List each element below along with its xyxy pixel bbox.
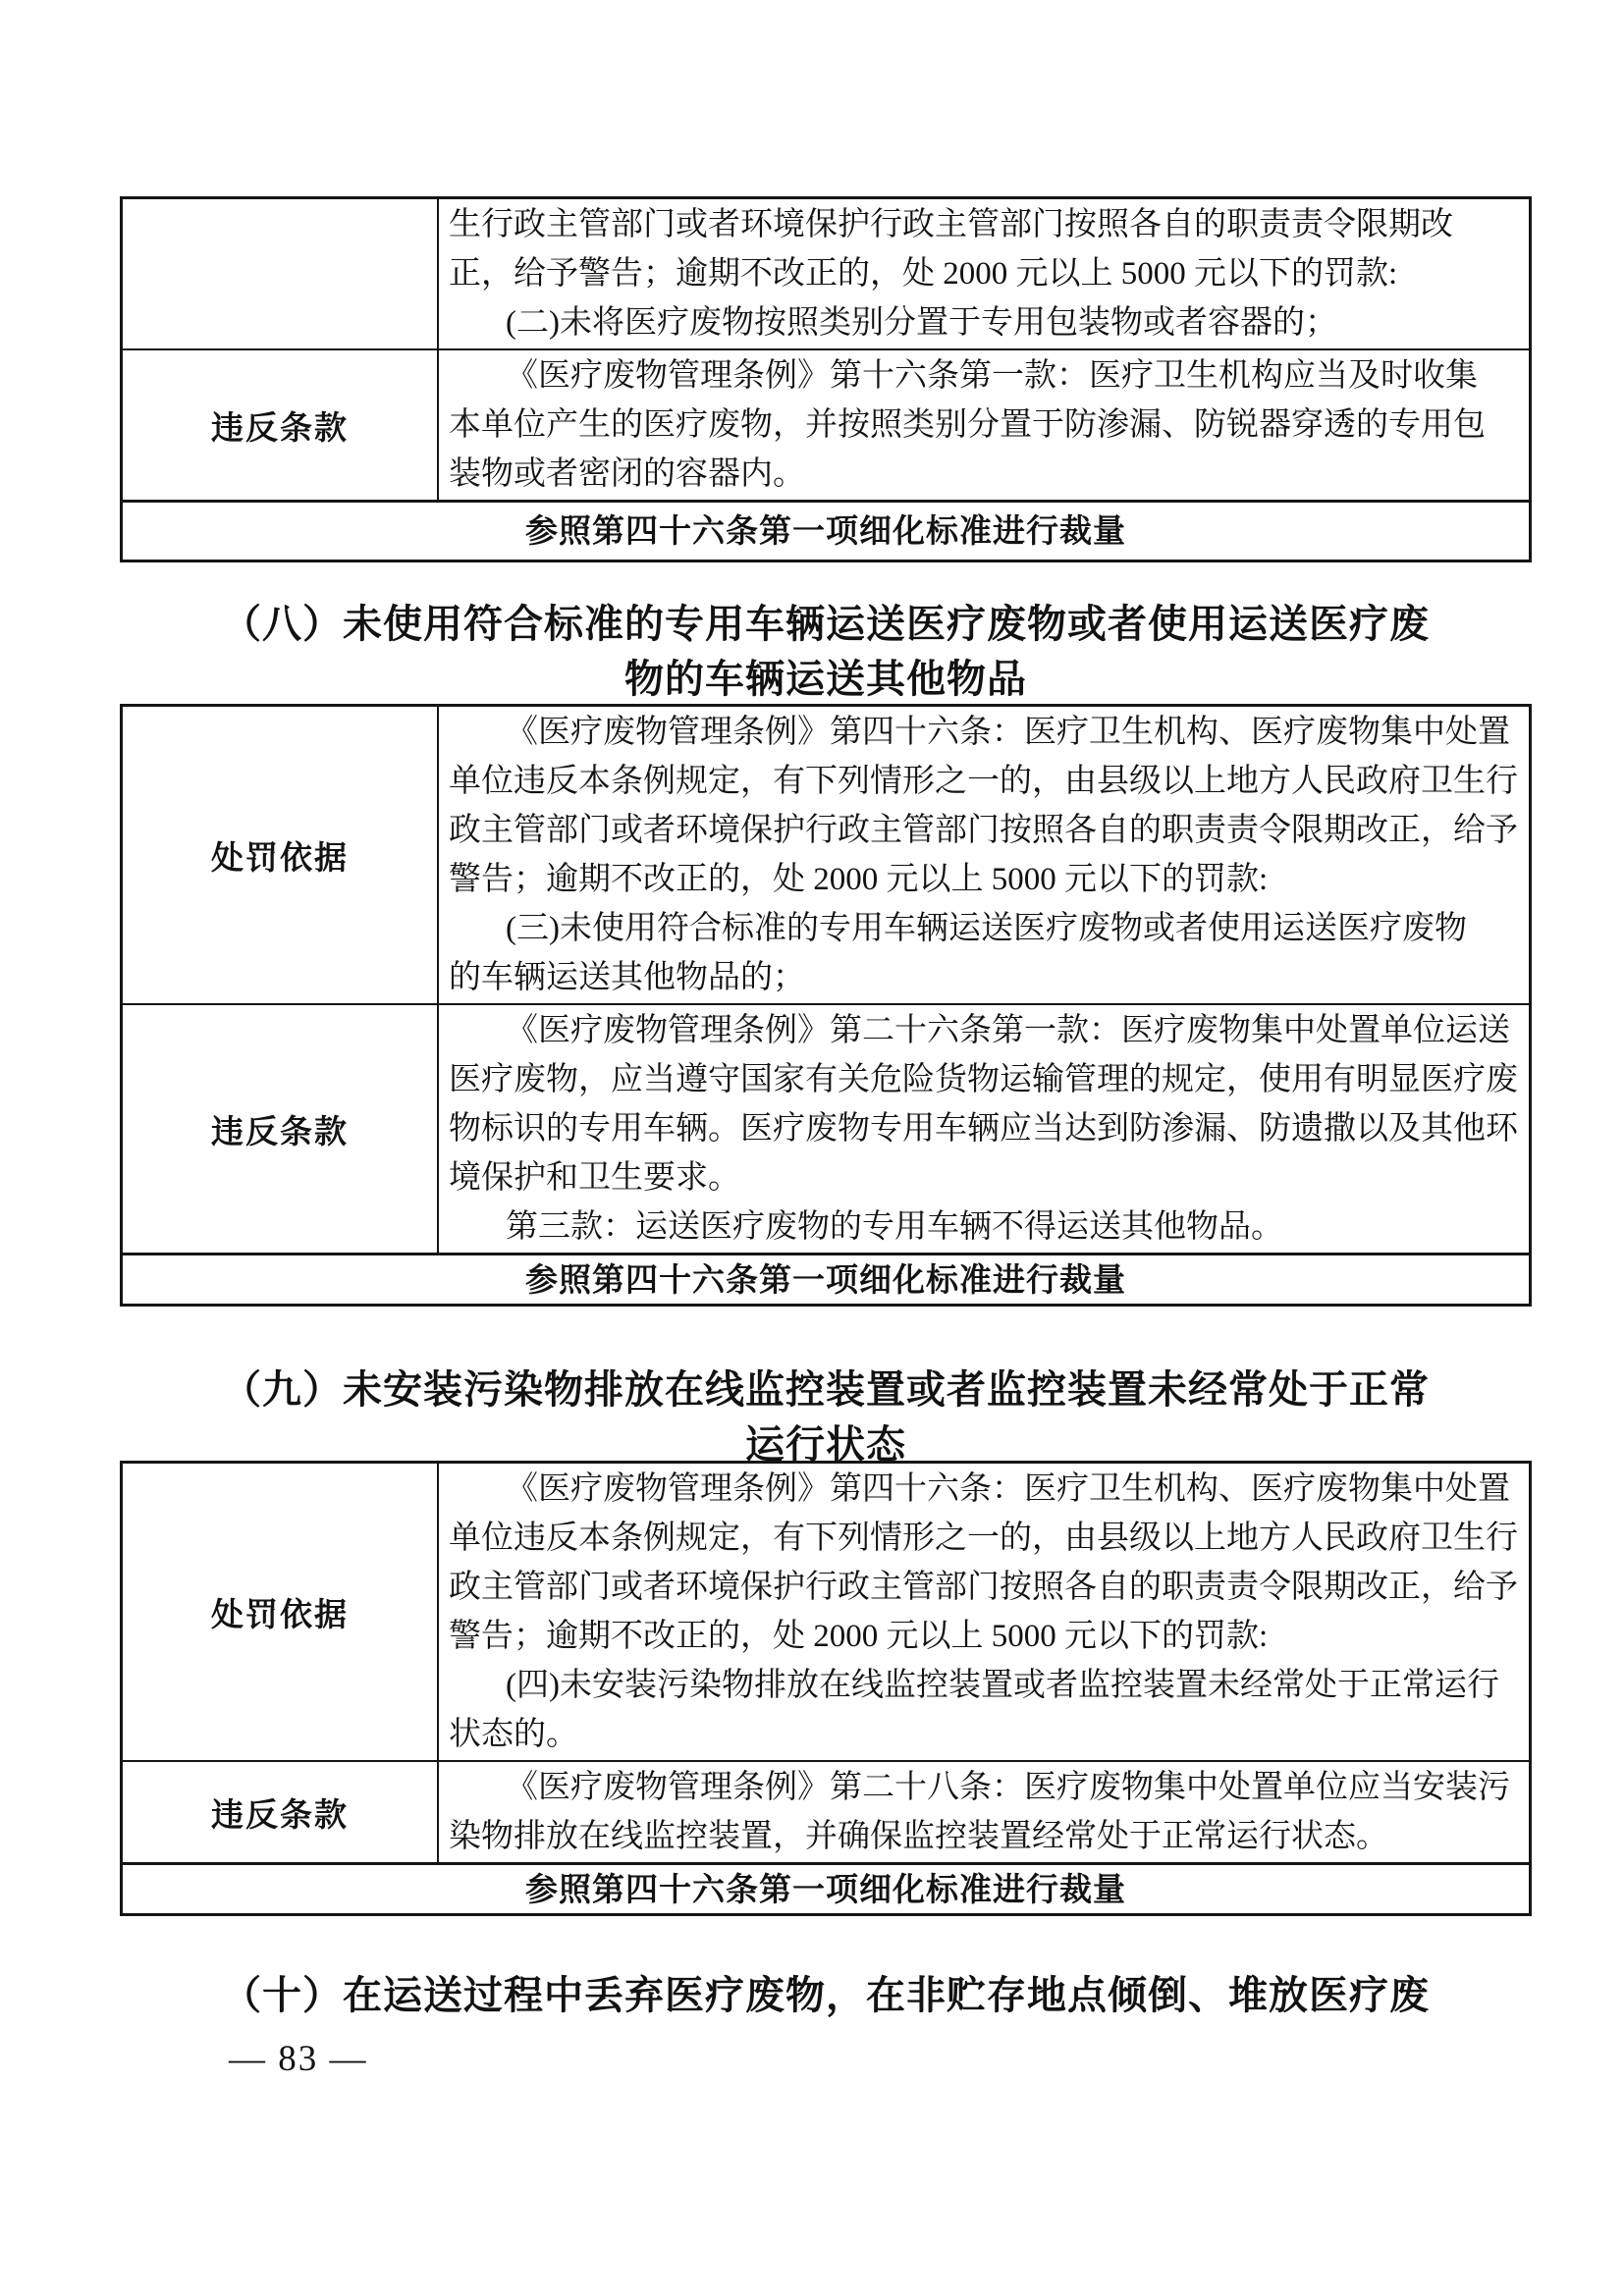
page-number: — 83 — <box>229 2040 368 2079</box>
row-label-violation-clause: 违反条款 <box>123 350 439 500</box>
row-label-violation-clause: 违反条款 <box>123 1005 439 1253</box>
table-row: 违反条款 《医疗废物管理条例》第二十八条：医疗废物集中处置单位应当安装污 染物排… <box>123 1760 1529 1862</box>
discretion-note: 参照第四十六条第一项细化标准进行裁量 <box>123 500 1529 560</box>
row-label-penalty-basis: 处罚依据 <box>123 707 439 1003</box>
law-text-cell: 《医疗废物管理条例》第四十六条：医疗卫生机构、医疗废物集中处置 单位违反本条例规… <box>439 707 1529 1003</box>
document-page: 生行政主管部门或者环境保护行政主管部门按照各自的职责责令限期改 正，给予警告；逾… <box>0 0 1624 2296</box>
heading-line: （八）未使用符合标准的专用车辆运送医疗废物或者使用运送医疗废 <box>120 597 1532 652</box>
law-text-cell: 《医疗废物管理条例》第十六条第一款：医疗卫生机构应当及时收集 本单位产生的医疗废… <box>439 350 1529 500</box>
table-row: 违反条款 《医疗废物管理条例》第十六条第一款：医疗卫生机构应当及时收集 本单位产… <box>123 348 1529 500</box>
law-text-line: 警告；逾期不改正的，处 2000 元以上 5000 元以下的罚款: <box>449 855 1515 904</box>
penalty-table-section-7-continued: 生行政主管部门或者环境保护行政主管部门按照各自的职责责令限期改 正，给予警告；逾… <box>120 196 1532 562</box>
row-label-penalty-basis: 处罚依据 <box>123 1464 439 1760</box>
law-text-line: 《医疗废物管理条例》第二十八条：医疗废物集中处置单位应当安装污 <box>449 1763 1515 1812</box>
discretion-note: 参照第四十六条第一项细化标准进行裁量 <box>123 1862 1529 1913</box>
law-text-line: 《医疗废物管理条例》第四十六条：医疗卫生机构、医疗废物集中处置 <box>449 1465 1515 1514</box>
law-text-line: 生行政主管部门或者环境保护行政主管部门按照各自的职责责令限期改 <box>449 200 1515 249</box>
penalty-table-section-8: 处罚依据 《医疗废物管理条例》第四十六条：医疗卫生机构、医疗废物集中处置 单位违… <box>120 704 1532 1307</box>
law-text-line: 物标识的专用车辆。医疗废物专用车辆应当达到防渗漏、防遗撒以及其他环 <box>449 1104 1515 1153</box>
row-label-violation-clause: 违反条款 <box>123 1762 439 1862</box>
section-8-heading: （八）未使用符合标准的专用车辆运送医疗废物或者使用运送医疗废 物的车辆运送其他物… <box>120 597 1532 707</box>
row-label-empty <box>123 199 439 348</box>
table-row: 违反条款 《医疗废物管理条例》第二十六条第一款：医疗废物集中处置单位运送 医疗废… <box>123 1003 1529 1253</box>
law-text-line: (三)未使用符合标准的专用车辆运送医疗废物或者使用运送医疗废物 <box>449 904 1515 953</box>
heading-line: （十）在运送过程中丢弃医疗废物，在非贮存地点倾倒、堆放医疗废 <box>120 1968 1532 2023</box>
law-text-cell: 《医疗废物管理条例》第四十六条：医疗卫生机构、医疗废物集中处置 单位违反本条例规… <box>439 1464 1529 1760</box>
heading-line: 物的车辆运送其他物品 <box>120 652 1532 707</box>
section-10-heading: （十）在运送过程中丢弃医疗废物，在非贮存地点倾倒、堆放医疗废 <box>120 1968 1532 2023</box>
law-text-line: 第三款：运送医疗废物的专用车辆不得运送其他物品。 <box>449 1202 1515 1252</box>
heading-line: （九）未安装污染物排放在线监控装置或者监控装置未经常处于正常 <box>120 1362 1532 1417</box>
law-text-line: 医疗废物，应当遵守国家有关危险货物运输管理的规定，使用有明显医疗废 <box>449 1055 1515 1104</box>
law-text-cell: 《医疗废物管理条例》第二十六条第一款：医疗废物集中处置单位运送 医疗废物，应当遵… <box>439 1005 1529 1253</box>
table-row: 生行政主管部门或者环境保护行政主管部门按照各自的职责责令限期改 正，给予警告；逾… <box>123 199 1529 348</box>
law-text-line: 《医疗废物管理条例》第四十六条：医疗卫生机构、医疗废物集中处置 <box>449 708 1515 757</box>
law-text-line: 境保护和卫生要求。 <box>449 1153 1515 1202</box>
law-text-line: 的车辆运送其他物品的； <box>449 953 1515 1002</box>
law-text-line: 政主管部门或者环境保护行政主管部门按照各自的职责责令限期改正，给予 <box>449 806 1515 855</box>
law-text-cell: 生行政主管部门或者环境保护行政主管部门按照各自的职责责令限期改 正，给予警告；逾… <box>439 199 1529 348</box>
law-text-line: 本单位产生的医疗废物，并按照类别分置于防渗漏、防锐器穿透的专用包 <box>449 400 1515 450</box>
law-text-line: 政主管部门或者环境保护行政主管部门按照各自的职责责令限期改正，给予 <box>449 1563 1515 1612</box>
section-9-heading: （九）未安装污染物排放在线监控装置或者监控装置未经常处于正常 运行状态 <box>120 1362 1532 1472</box>
law-text-cell: 《医疗废物管理条例》第二十八条：医疗废物集中处置单位应当安装污 染物排放在线监控… <box>439 1762 1529 1862</box>
law-text-line: 单位违反本条例规定，有下列情形之一的，由县级以上地方人民政府卫生行 <box>449 757 1515 806</box>
law-text-line: 装物或者密闭的容器内。 <box>449 450 1515 499</box>
law-text-line: 《医疗废物管理条例》第二十六条第一款：医疗废物集中处置单位运送 <box>449 1006 1515 1055</box>
table-row: 处罚依据 《医疗废物管理条例》第四十六条：医疗卫生机构、医疗废物集中处置 单位违… <box>123 707 1529 1003</box>
law-text-line: (四)未安装污染物排放在线监控装置或者监控装置未经常处于正常运行 <box>449 1661 1515 1710</box>
penalty-table-section-9: 处罚依据 《医疗废物管理条例》第四十六条：医疗卫生机构、医疗废物集中处置 单位违… <box>120 1461 1532 1916</box>
law-text-line: 状态的。 <box>449 1710 1515 1759</box>
law-text-line: (二)未将医疗废物按照类别分置于专用包装物或者容器的； <box>449 298 1515 347</box>
law-text-line: 单位违反本条例规定，有下列情形之一的，由县级以上地方人民政府卫生行 <box>449 1514 1515 1563</box>
law-text-line: 《医疗废物管理条例》第十六条第一款：医疗卫生机构应当及时收集 <box>449 351 1515 400</box>
law-text-line: 警告；逾期不改正的，处 2000 元以上 5000 元以下的罚款: <box>449 1612 1515 1661</box>
table-row: 处罚依据 《医疗废物管理条例》第四十六条：医疗卫生机构、医疗废物集中处置 单位违… <box>123 1464 1529 1760</box>
law-text-line: 正，给予警告；逾期不改正的，处 2000 元以上 5000 元以下的罚款: <box>449 249 1515 298</box>
law-text-line: 染物排放在线监控装置，并确保监控装置经常处于正常运行状态。 <box>449 1812 1515 1861</box>
discretion-note: 参照第四十六条第一项细化标准进行裁量 <box>123 1253 1529 1304</box>
